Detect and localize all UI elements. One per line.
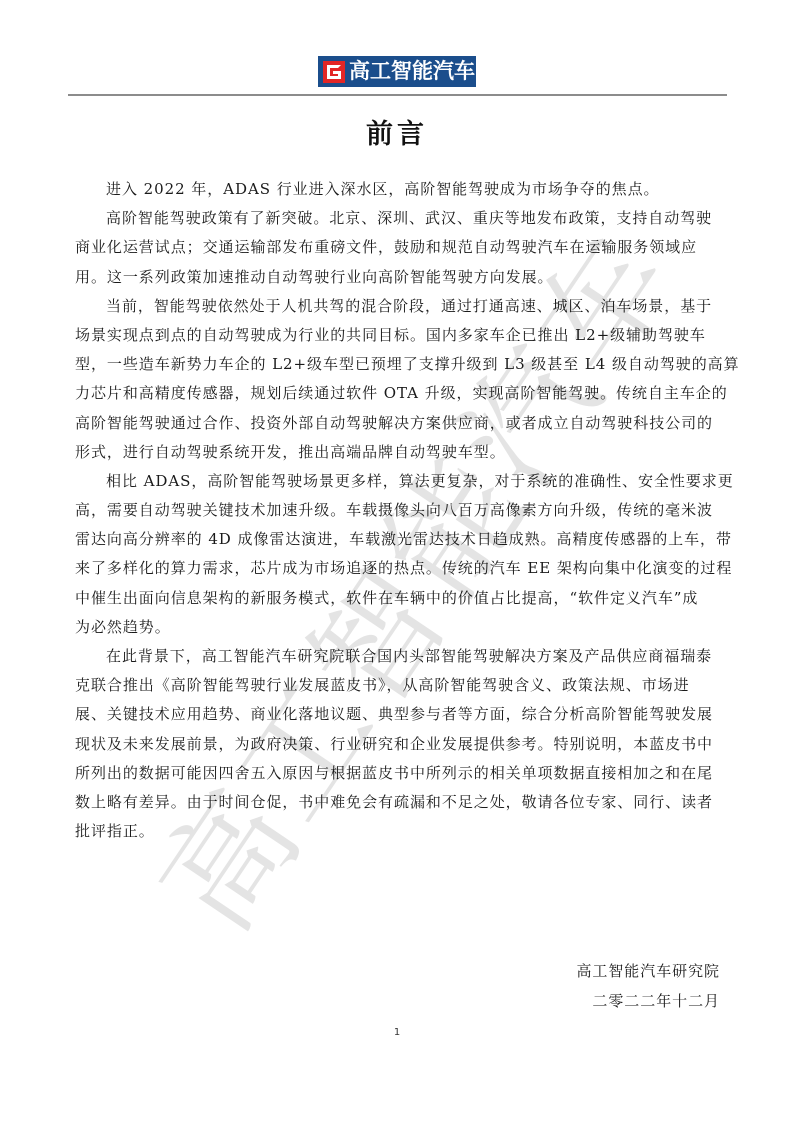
text-line: 来了多样化的算力需求，芯片成为市场追逐的热点。传统的汽车 EE 架构向集中化演变… [75, 554, 720, 583]
text-line: 场景实现点到点的自动驾驶成为行业的共同目标。国内多家车企已推出 L2+级辅助驾驶… [75, 321, 720, 350]
paragraph-2: 高阶智能驾驶政策有了新突破。北京、深圳、武汉、重庆等地发布政策，支持自动驾驶 商… [75, 204, 720, 292]
paragraph-1: 进入 2022 年，ADAS 行业进入深水区，高阶智能驾驶成为市场争夺的焦点。 [75, 175, 720, 204]
text-line: 型，一些造车新势力车企的 L2+级车型已预埋了支撑升级到 L3 级甚至 L4 级… [75, 350, 720, 379]
header-divider [68, 94, 727, 96]
text-line: 高阶智能驾驶政策有了新突破。北京、深圳、武汉、重庆等地发布政策，支持自动驾驶 [75, 204, 720, 233]
text-line: 批评指正。 [75, 817, 720, 846]
text-line: 进入 2022 年，ADAS 行业进入深水区，高阶智能驾驶成为市场争夺的焦点。 [75, 175, 720, 204]
page-title: 前言 [0, 112, 794, 151]
preface-body: 进入 2022 年，ADAS 行业进入深水区，高阶智能驾驶成为市场争夺的焦点。 … [75, 175, 720, 846]
text-line: 雷达向高分辨率的 4D 成像雷达演进，车载激光雷达技术日趋成熟。高精度传感器的上… [75, 525, 720, 554]
text-line: 克联合推出《高阶智能驾驶行业发展蓝皮书》，从高阶智能驾驶含义、政策法规、市场进 [75, 671, 720, 700]
text-line: 中催生出面向信息架构的新服务模式，软件在车辆中的价值占比提高，“软件定义汽车”成 [75, 584, 720, 613]
signature-date: 二零二二年十二月 [592, 990, 720, 1011]
text-line: 所列出的数据可能因四舍五入原因与根据蓝皮书中所列示的相关单项数据直接相加之和在尾 [75, 759, 720, 788]
text-line: 相比 ADAS，高阶智能驾驶场景更多样，算法更复杂，对于系统的准确性、安全性要求… [75, 467, 720, 496]
text-line: 高阶智能驾驶通过合作、投资外部自动驾驶解决方案供应商，或者成立自动驾驶科技公司的 [75, 409, 720, 438]
logo-text: 高工智能汽车 [349, 56, 475, 87]
text-line: 在此背景下，高工智能汽车研究院联合国内头部智能驾驶解决方案及产品供应商福瑞泰 [75, 642, 720, 671]
text-line: 当前，智能驾驶依然处于人机共驾的混合阶段，通过打通高速、城区、泊车场景，基于 [75, 292, 720, 321]
g-logo-icon [323, 61, 345, 83]
text-line: 数上略有差异。由于时间仓促，书中难免会有疏漏和不足之处，敬请各位专家、同行、读者 [75, 788, 720, 817]
text-line: 形式，进行自动驾驶系统开发，推出高端品牌自动驾驶车型。 [75, 438, 720, 467]
paragraph-3: 当前，智能驾驶依然处于人机共驾的混合阶段，通过打通高速、城区、泊车场景，基于 场… [75, 292, 720, 467]
text-line: 展、关键技术应用趋势、商业化落地议题、典型参与者等方面，综合分析高阶智能驾驶发展 [75, 700, 720, 729]
document-page: 高工智能汽车 高工智能汽车 前言 进入 2022 年，ADAS 行业进入深水区，… [0, 0, 794, 1123]
text-line: 商业化运营试点；交通运输部发布重磅文件，鼓励和规范自动驾驶汽车在运输服务领域应 [75, 233, 720, 262]
paragraph-5: 在此背景下，高工智能汽车研究院联合国内头部智能驾驶解决方案及产品供应商福瑞泰 克… [75, 642, 720, 846]
text-line: 现状及未来发展前景，为政府决策、行业研究和企业发展提供参考。特别说明，本蓝皮书中 [75, 730, 720, 759]
paragraph-4: 相比 ADAS，高阶智能驾驶场景更多样，算法更复杂，对于系统的准确性、安全性要求… [75, 467, 720, 642]
text-line: 为必然趋势。 [75, 613, 720, 642]
text-line: 高，需要自动驾驶关键技术加速升级。车载摄像头向八百万高像素方向升级，传统的毫米波 [75, 496, 720, 525]
signature-organization: 高工智能汽车研究院 [576, 960, 720, 981]
text-line: 用。这一系列政策加速推动自动驾驶行业向高阶智能驾驶方向发展。 [75, 263, 720, 292]
text-line: 力芯片和高精度传感器，规划后续通过软件 OTA 升级，实现高阶智能驾驶。传统自主… [75, 379, 720, 408]
page-number: 1 [0, 1027, 794, 1038]
brand-logo: 高工智能汽车 [318, 56, 476, 87]
